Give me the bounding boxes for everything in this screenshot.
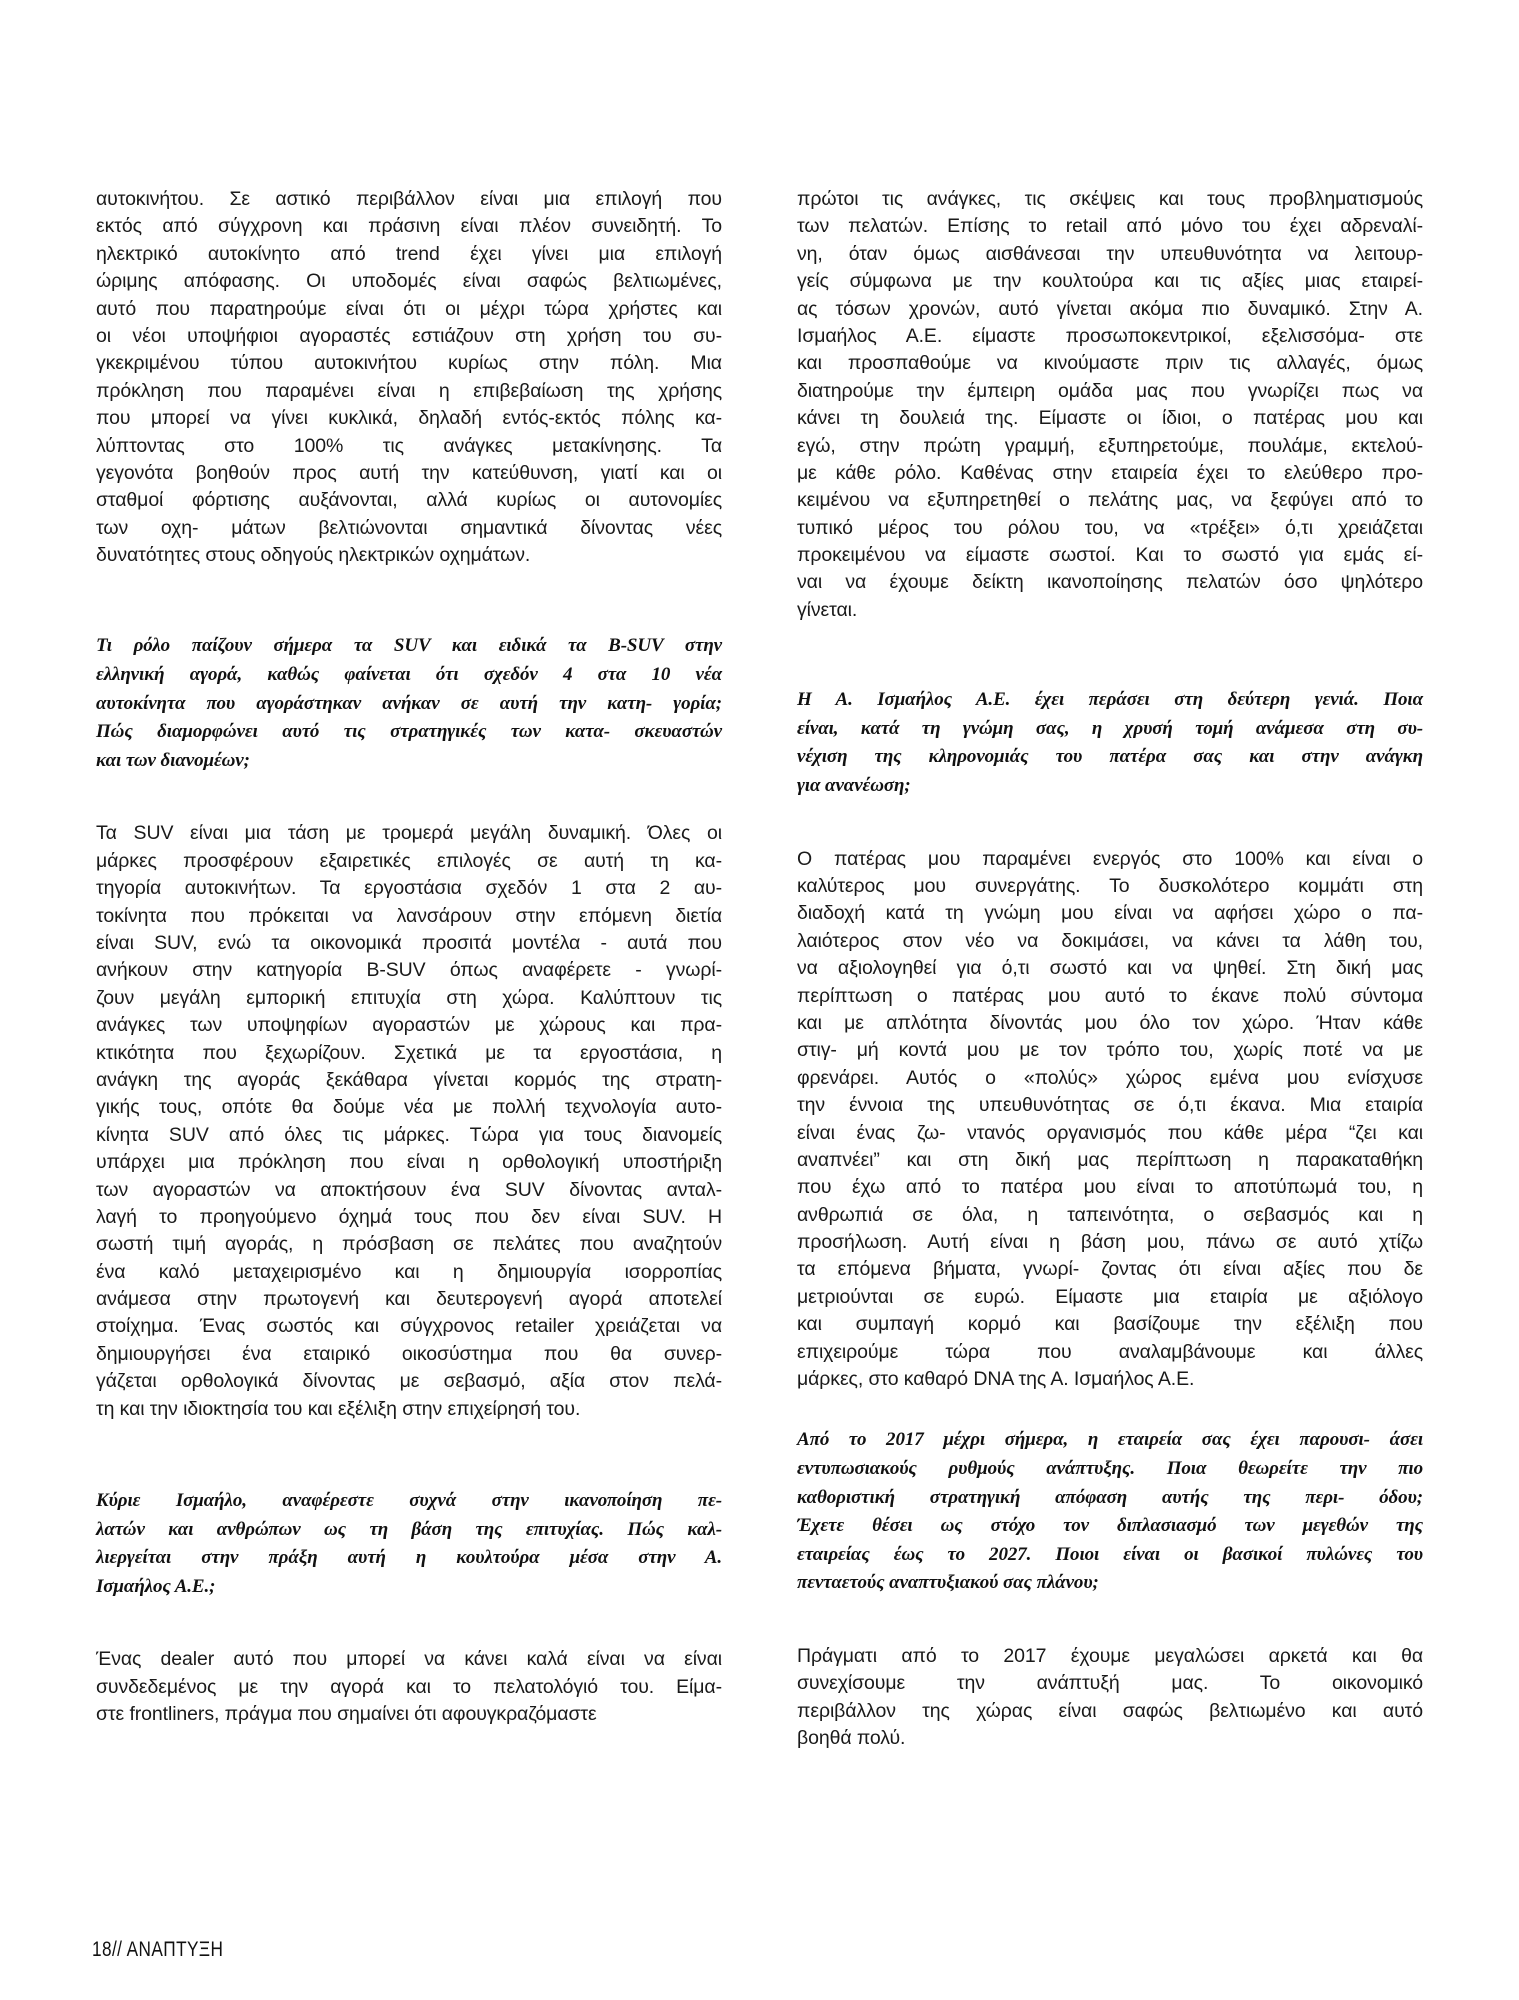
text-line: γεγονότα βοηθούν προς αυτή την κατεύθυνσ…	[96, 460, 722, 487]
text-line: Πράγματι από το 2017 έχουμε μεγαλώσει αρ…	[797, 1643, 1423, 1670]
text-line: και προσπαθούμε να κινούμαστε πριν τις α…	[797, 350, 1423, 377]
text-line: είναι ένας ζω- ντανός οργανισμός που κάθ…	[797, 1120, 1423, 1147]
text-line: τη και την ιδιοκτησία του και εξέλιξη στ…	[96, 1396, 722, 1423]
answer-paragraph-growth: Πράγματι από το 2017 έχουμε μεγαλώσει αρ…	[797, 1643, 1423, 1753]
text-line: επιχειρούμε τώρα που αναλαμβάνουμε και ά…	[797, 1339, 1423, 1366]
text-line: μετριούνται σε ευρώ. Είμαστε μια εταιρία…	[797, 1284, 1423, 1311]
text-line: πενταετούς αναπτυξιακού σας πλάνου;	[797, 1569, 1423, 1598]
text-line: Ο πατέρας μου παραμένει ενεργός στο 100%…	[797, 846, 1423, 873]
text-line: πρώτοι τις ανάγκες, τις σκέψεις και τους…	[797, 186, 1423, 213]
text-line: νη, όταν όμως αισθάνεσαι την υπευθυνότητ…	[797, 241, 1423, 268]
text-line: προκειμένου να είμαστε σωστοί. Και το σω…	[797, 542, 1423, 569]
text-line: λατών και ανθρώπων ως τη βάση της επιτυχ…	[96, 1516, 722, 1545]
answer-paragraph-ev: αυτοκινήτου. Σε αστικό περιβάλλον είναι …	[96, 186, 722, 569]
text-line: δημιουργήσει ένα εταιρικό οικοσύστημα πο…	[96, 1341, 722, 1368]
text-line: Τι ρόλο παίζουν σήμερα τα SUV και ειδικά…	[96, 632, 722, 661]
text-line: ανάγκη της αγοράς ξεκάθαρα γίνεται κορμό…	[96, 1067, 722, 1094]
text-line: ας τόσων χρονών, αυτό γίνεται ακόμα πιο …	[797, 296, 1423, 323]
text-line: τυπικό μέρος του ρόλου του, να «τρέξει» …	[797, 515, 1423, 542]
text-line: λαγή το προηγούμενο όχημά τους που δεν ε…	[96, 1204, 722, 1231]
text-line: ζουν μεγάλη εμπορική επιτυχία στη χώρα. …	[96, 985, 722, 1012]
answer-paragraph-dealer: Ένας dealer αυτό που μπορεί να κάνει καλ…	[96, 1646, 722, 1728]
text-line: και των διανομέων;	[96, 747, 722, 776]
text-line: υπάρχει μια πρόκληση που είναι η ορθολογ…	[96, 1149, 722, 1176]
text-line: εκτός από σύγχρονη και πράσινη είναι πλέ…	[96, 213, 722, 240]
text-line: γάζεται ορθολογικά δίνοντας με σεβασμό, …	[96, 1368, 722, 1395]
text-line: των πελατών. Επίσης το retail από μόνο τ…	[797, 213, 1423, 240]
text-line: με κάθε ρόλο. Καθένας στην εταιρεία έχει…	[797, 460, 1423, 487]
question-suv: Τι ρόλο παίζουν σήμερα τα SUV και ειδικά…	[96, 632, 722, 775]
text-line: σταθμοί φόρτισης αυξάνονται, αλλά κυρίως…	[96, 487, 722, 514]
text-line: κειμένου να εξυπηρετηθεί ο πελάτης μας, …	[797, 487, 1423, 514]
text-line: εντυπωσιακούς ρυθμούς ανάπτυξης. Ποια θε…	[797, 1455, 1423, 1484]
text-line: περιβάλλον της χώρας είναι σαφώς βελτιωμ…	[797, 1698, 1423, 1725]
text-line: μάρκες, στο καθαρό DNA της Α. Ισμαήλος Α…	[797, 1366, 1423, 1393]
text-line: γκεκριμένου τύπου αυτοκινήτου κυρίως στη…	[96, 350, 722, 377]
text-line: δυνατότητες στους οδηγούς ηλεκτρικών οχη…	[96, 542, 722, 569]
text-line: αυτό που παρατηρούμε είναι ότι οι μέχρι …	[96, 296, 722, 323]
text-line: καλύτερος μου συνεργάτης. Το δυσκολότερο…	[797, 873, 1423, 900]
text-line: λιεργείται στην πράξη αυτή η κουλτούρα μ…	[96, 1544, 722, 1573]
text-line: βοηθά πολύ.	[797, 1725, 1423, 1752]
question-customer-satisfaction: Κύριε Ισμαήλο, αναφέρεστε συχνά στην ικα…	[96, 1487, 722, 1601]
text-line: Από το 2017 μέχρι σήμερα, η εταιρεία σας…	[797, 1426, 1423, 1455]
text-line: ένα καλό μεταχειρισμένο και η δημιουργία…	[96, 1259, 722, 1286]
text-line: πρόκληση που παραμένει είναι η επιβεβαίω…	[96, 378, 722, 405]
text-line: κτικότητα που ξεχωρίζουν. Σχετικά με τα …	[96, 1040, 722, 1067]
text-line: τα επόμενα βήματα, γνωρί- ζοντας ότι είν…	[797, 1256, 1423, 1283]
text-line: στιγ- μή κοντά μου με τον τρόπο του, χωρ…	[797, 1037, 1423, 1064]
text-line: περίπτωση ο πατέρας μου αυτό το έκανε πο…	[797, 983, 1423, 1010]
text-line: καθοριστική στρατηγική απόφαση αυτής της…	[797, 1484, 1423, 1513]
text-line: Η Α. Ισμαήλος Α.Ε. έχει περάσει στη δεύτ…	[797, 686, 1423, 715]
text-line: γικής τους, οπότε θα δούμε νέα με πολλή …	[96, 1094, 722, 1121]
text-line: και συμπαγή κορμό και βασίζουμε την εξέλ…	[797, 1311, 1423, 1338]
text-line: να αξιολογηθεί για ό,τι σωστό και να ψηθ…	[797, 955, 1423, 982]
text-line: Έχετε θέσει ως στόχο τον διπλασιασμό των…	[797, 1512, 1423, 1541]
left-column: αυτοκινήτου. Σε αστικό περιβάλλον είναι …	[96, 186, 722, 1729]
page-footer-folio: 18// ΑΝΑΠΤΥΞΗ	[92, 1938, 223, 1962]
answer-paragraph-suv: Τα SUV είναι μια τάση με τρομερά μεγάλη …	[96, 820, 722, 1423]
answer-paragraph-father: Ο πατέρας μου παραμένει ενεργός στο 100%…	[797, 846, 1423, 1394]
text-line: ώριμης απόφασης. Οι υποδομές είναι σαφώς…	[96, 268, 722, 295]
text-line: που έχω από το πατέρα μου είναι το αποτύ…	[797, 1174, 1423, 1201]
text-line: εταιρείας έως το 2027. Ποιοι είναι οι βα…	[797, 1541, 1423, 1570]
text-line: γείς σύμφωνα με την κουλτούρα και τις αξ…	[797, 268, 1423, 295]
text-line: ηλεκτρικό αυτοκίνητο από trend έχει γίνε…	[96, 241, 722, 268]
text-line: διαδοχή κατά τη γνώμη μου είναι να αφήσε…	[797, 900, 1423, 927]
question-second-generation: Η Α. Ισμαήλος Α.Ε. έχει περάσει στη δεύτ…	[797, 686, 1423, 800]
text-line: κάνει τη δουλειά της. Είμαστε οι ίδιοι, …	[797, 405, 1423, 432]
text-line: των αγοραστών να αποκτήσουν ένα SUV δίνο…	[96, 1177, 722, 1204]
text-line: ανάμεσα στην πρωτογενή και δευτερογενή α…	[96, 1286, 722, 1313]
text-line: στε frontliners, πράγμα που σημαίνει ότι…	[96, 1701, 722, 1728]
text-line: μάρκες προσφέρουν εξαιρετικές επιλογές σ…	[96, 848, 722, 875]
text-line: στοίχημα. Ένας σωστός και σύγχρονος reta…	[96, 1313, 722, 1340]
text-line: κίνητα SUV από όλες τις μάρκες. Τώρα για…	[96, 1122, 722, 1149]
text-line: συνδεδεμένος με την αγορά και το πελατολ…	[96, 1674, 722, 1701]
text-line: την έννοια της υπευθυνότητας σε ό,τι έκα…	[797, 1092, 1423, 1119]
text-line: Ισμαήλος Α.Ε.;	[96, 1573, 722, 1602]
text-line: ανθρωπιά σε όλα, η ταπεινότητα, ο σεβασμ…	[797, 1202, 1423, 1229]
text-line: ανάγκες των υποψηφίων αγοραστών με χώρου…	[96, 1012, 722, 1039]
text-line: λύπτοντας στο 100% τις ανάγκες μετακίνησ…	[96, 433, 722, 460]
text-line: εγώ, στην πρώτη γραμμή, εξυπηρετούμε, πο…	[797, 433, 1423, 460]
text-line: διατηρούμε την έμπειρη ομάδα μας που γνω…	[797, 378, 1423, 405]
answer-paragraph-retail: πρώτοι τις ανάγκες, τις σκέψεις και τους…	[797, 186, 1423, 624]
text-line: των οχη- μάτων βελτιώνονται σημαντικά δί…	[96, 515, 722, 542]
text-line: Ισμαήλος Α.Ε. είμαστε προσωποκεντρικοί, …	[797, 323, 1423, 350]
question-growth-since-2017: Από το 2017 μέχρι σήμερα, η εταιρεία σας…	[797, 1426, 1423, 1598]
text-line: Πώς διαμορφώνει αυτό τις στρατηγικές των…	[96, 718, 722, 747]
text-line: είναι SUV, ενώ τα οικονομικά προσιτά μον…	[96, 930, 722, 957]
text-line: Τα SUV είναι μια τάση με τρομερά μεγάλη …	[96, 820, 722, 847]
text-line: που μπορεί να γίνει κυκλικά, δηλαδή εντό…	[96, 405, 722, 432]
right-column: πρώτοι τις ανάγκες, τις σκέψεις και τους…	[797, 186, 1423, 1753]
text-line: τηγορία αυτοκινήτων. Τα εργοστάσια σχεδό…	[96, 875, 722, 902]
text-line: φρενάρει. Αυτός ο «πολύς» χώρος εμένα μο…	[797, 1065, 1423, 1092]
text-line: οι νέοι υποψήφιοι αγοραστές εστιάζουν στ…	[96, 323, 722, 350]
text-line: ελληνική αγορά, καθώς φαίνεται ότι σχεδό…	[96, 661, 722, 690]
text-line: αυτοκινήτου. Σε αστικό περιβάλλον είναι …	[96, 186, 722, 213]
text-line: είναι, κατά τη γνώμη σας, η χρυσή τομή α…	[797, 715, 1423, 744]
text-line: αυτοκίνητα που αγοράστηκαν ανήκαν σε αυτ…	[96, 690, 722, 719]
text-line: ναι να έχουμε δείκτη ικανοποίησης πελατώ…	[797, 569, 1423, 596]
text-line: σωστή τιμή αγοράς, η πρόσβαση σε πελάτες…	[96, 1231, 722, 1258]
text-line: Κύριε Ισμαήλο, αναφέρεστε συχνά στην ικα…	[96, 1487, 722, 1516]
text-line: ανήκουν στην κατηγορία B-SUV όπως αναφέρ…	[96, 957, 722, 984]
text-line: αναπνέει” και στη δική μας περίπτωση η π…	[797, 1147, 1423, 1174]
text-line: νέχιση της κληρονομιάς του πατέρα σας κα…	[797, 743, 1423, 772]
text-line: λαιότερος στον νέο να δοκιμάσει, να κάνε…	[797, 928, 1423, 955]
text-line: για ανανέωση;	[797, 772, 1423, 801]
text-line: γίνεται.	[797, 597, 1423, 624]
text-line: τοκίνητα που πρόκειται να λανσάρουν στην…	[96, 903, 722, 930]
text-line: συνεχίσουμε την ανάπτυξή μας. Το οικονομ…	[797, 1670, 1423, 1697]
text-line: προσήλωση. Αυτή είναι η βάση μου, πάνω σ…	[797, 1229, 1423, 1256]
text-line: και με απλότητα δίνοντάς μου όλο τον χώρ…	[797, 1010, 1423, 1037]
text-line: Ένας dealer αυτό που μπορεί να κάνει καλ…	[96, 1646, 722, 1673]
